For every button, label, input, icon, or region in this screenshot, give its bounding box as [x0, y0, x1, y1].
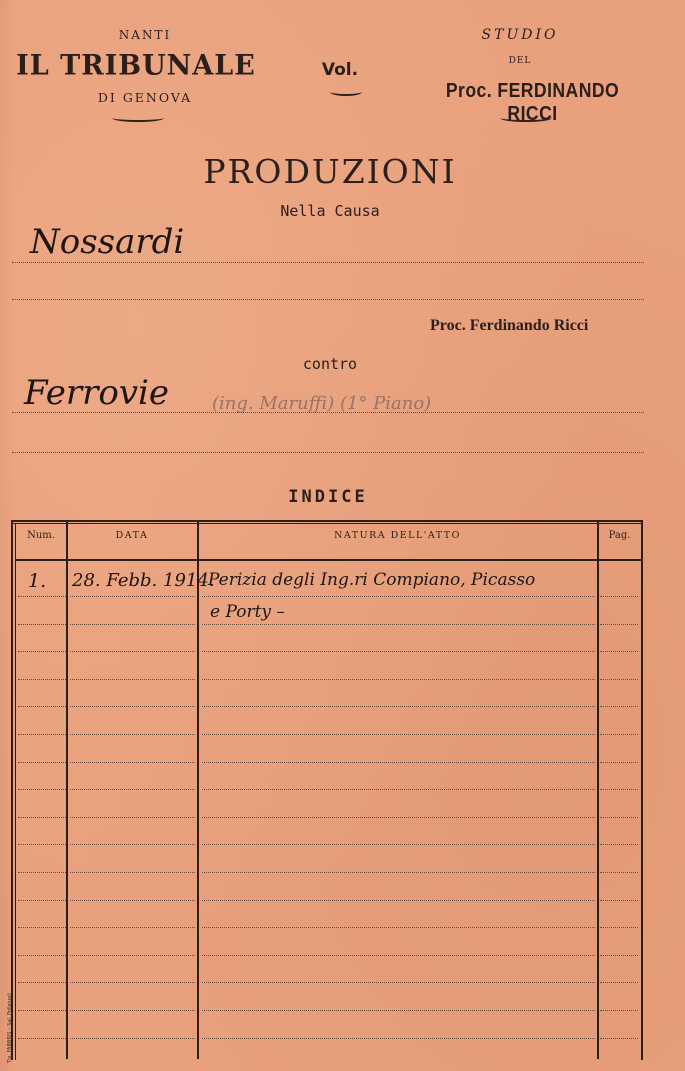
row-rule	[202, 817, 595, 818]
row-rule	[70, 596, 195, 597]
table-right-border	[641, 520, 643, 1060]
row-rule	[600, 1038, 638, 1039]
row-rule	[18, 817, 66, 818]
row-rule	[18, 927, 66, 928]
row-rule	[202, 624, 595, 625]
plaintiff-counsel: Proc. Ferdinando Ricci	[430, 317, 588, 335]
row-rule	[600, 1010, 638, 1011]
row-rule	[70, 982, 195, 983]
row-rule	[202, 1010, 595, 1011]
row-rule	[600, 762, 638, 763]
row-rule	[202, 596, 595, 597]
row-rule	[600, 706, 638, 707]
table-top-border-inner	[13, 523, 643, 524]
row-rule	[18, 734, 66, 735]
row-rule	[18, 624, 66, 625]
row-rule	[70, 955, 195, 956]
fill-line	[12, 412, 644, 413]
row-rule	[202, 982, 595, 983]
row-rule	[202, 955, 595, 956]
row-rule	[18, 651, 66, 652]
row-rule	[18, 762, 66, 763]
row-rule	[600, 817, 638, 818]
row-rule	[18, 955, 66, 956]
row-description: Perizia degli Ing.ri Compiano, Picasso	[208, 570, 535, 590]
row-rule	[600, 651, 638, 652]
row-rule	[202, 900, 595, 901]
defendant-name: Ferrovie	[24, 373, 169, 413]
row-rule	[202, 789, 595, 790]
ornament-divider	[500, 114, 552, 122]
row-rule	[600, 982, 638, 983]
column-divider	[66, 522, 68, 1059]
row-num: 1.	[28, 570, 46, 592]
row-rule	[600, 900, 638, 901]
plaintiff-name: Nossardi	[30, 222, 184, 262]
row-rule	[202, 651, 595, 652]
row-rule	[18, 789, 66, 790]
column-header-natura: NATURA DELL'ATTO	[198, 530, 597, 541]
row-rule	[600, 596, 638, 597]
row-rule	[18, 1010, 66, 1011]
row-rule	[600, 734, 638, 735]
ornament-divider	[330, 88, 362, 96]
fill-line	[12, 299, 644, 300]
row-rule	[18, 872, 66, 873]
row-rule	[202, 872, 595, 873]
row-rule	[18, 679, 66, 680]
row-rule	[600, 679, 638, 680]
table-top-border	[13, 520, 643, 522]
row-rule	[70, 734, 195, 735]
table-left-border-inner	[15, 523, 16, 1060]
row-rule	[70, 900, 195, 901]
court-name: IL TRIBUNALE	[6, 49, 266, 82]
row-rule	[70, 817, 195, 818]
defendant-note: (ing. Maruffi) (1° Piano)	[212, 393, 431, 414]
row-rule	[18, 900, 66, 901]
ornament-divider	[112, 114, 164, 122]
row-rule	[70, 1010, 195, 1011]
row-rule	[600, 927, 638, 928]
row-rule	[18, 706, 66, 707]
court-city: DI GENOVA	[70, 90, 220, 105]
column-header-data: DATA	[67, 530, 197, 541]
row-date: 28. Febb. 1914.	[72, 570, 215, 591]
index-title: INDICE	[0, 487, 656, 507]
row-rule	[202, 927, 595, 928]
row-rule	[202, 706, 595, 707]
row-rule	[202, 844, 595, 845]
row-rule	[18, 1038, 66, 1039]
studio-label: STUDIO	[420, 27, 620, 43]
row-rule	[18, 596, 66, 597]
row-rule	[600, 844, 638, 845]
row-rule	[600, 872, 638, 873]
row-rule	[70, 762, 195, 763]
row-rule	[600, 955, 638, 956]
row-rule	[70, 1038, 195, 1039]
column-divider	[197, 522, 199, 1059]
row-rule	[70, 844, 195, 845]
row-rule	[70, 927, 195, 928]
versus-label: contro	[0, 355, 660, 373]
fill-line	[12, 452, 644, 453]
row-rule	[70, 679, 195, 680]
page-title: PRODUZIONI	[0, 152, 660, 191]
row-description-continued: e Porty –	[210, 602, 285, 622]
column-divider	[597, 522, 599, 1059]
row-rule	[202, 734, 595, 735]
table-left-border	[11, 520, 13, 1060]
row-rule	[202, 679, 595, 680]
row-rule	[70, 789, 195, 790]
column-header-pag: Pag.	[598, 530, 641, 541]
del-label: DEL	[470, 56, 570, 66]
row-rule	[18, 844, 66, 845]
fill-line	[12, 262, 644, 263]
row-rule	[70, 624, 195, 625]
header-prefix: NANTI	[70, 28, 220, 42]
row-rule	[70, 706, 195, 707]
row-rule	[202, 1038, 595, 1039]
volume-label: Vol.	[300, 60, 380, 80]
row-rule	[70, 651, 195, 652]
row-rule	[600, 789, 638, 790]
row-rule	[600, 624, 638, 625]
header-bottom-rule	[16, 559, 641, 561]
printer-mark: Tip. FABBRIS – Sal. Pollaiuoli	[7, 983, 13, 1063]
row-rule	[202, 762, 595, 763]
column-header-num: Num.	[16, 530, 66, 541]
row-rule	[70, 872, 195, 873]
row-rule	[18, 982, 66, 983]
page-subtitle: Nella Causa	[0, 202, 660, 220]
